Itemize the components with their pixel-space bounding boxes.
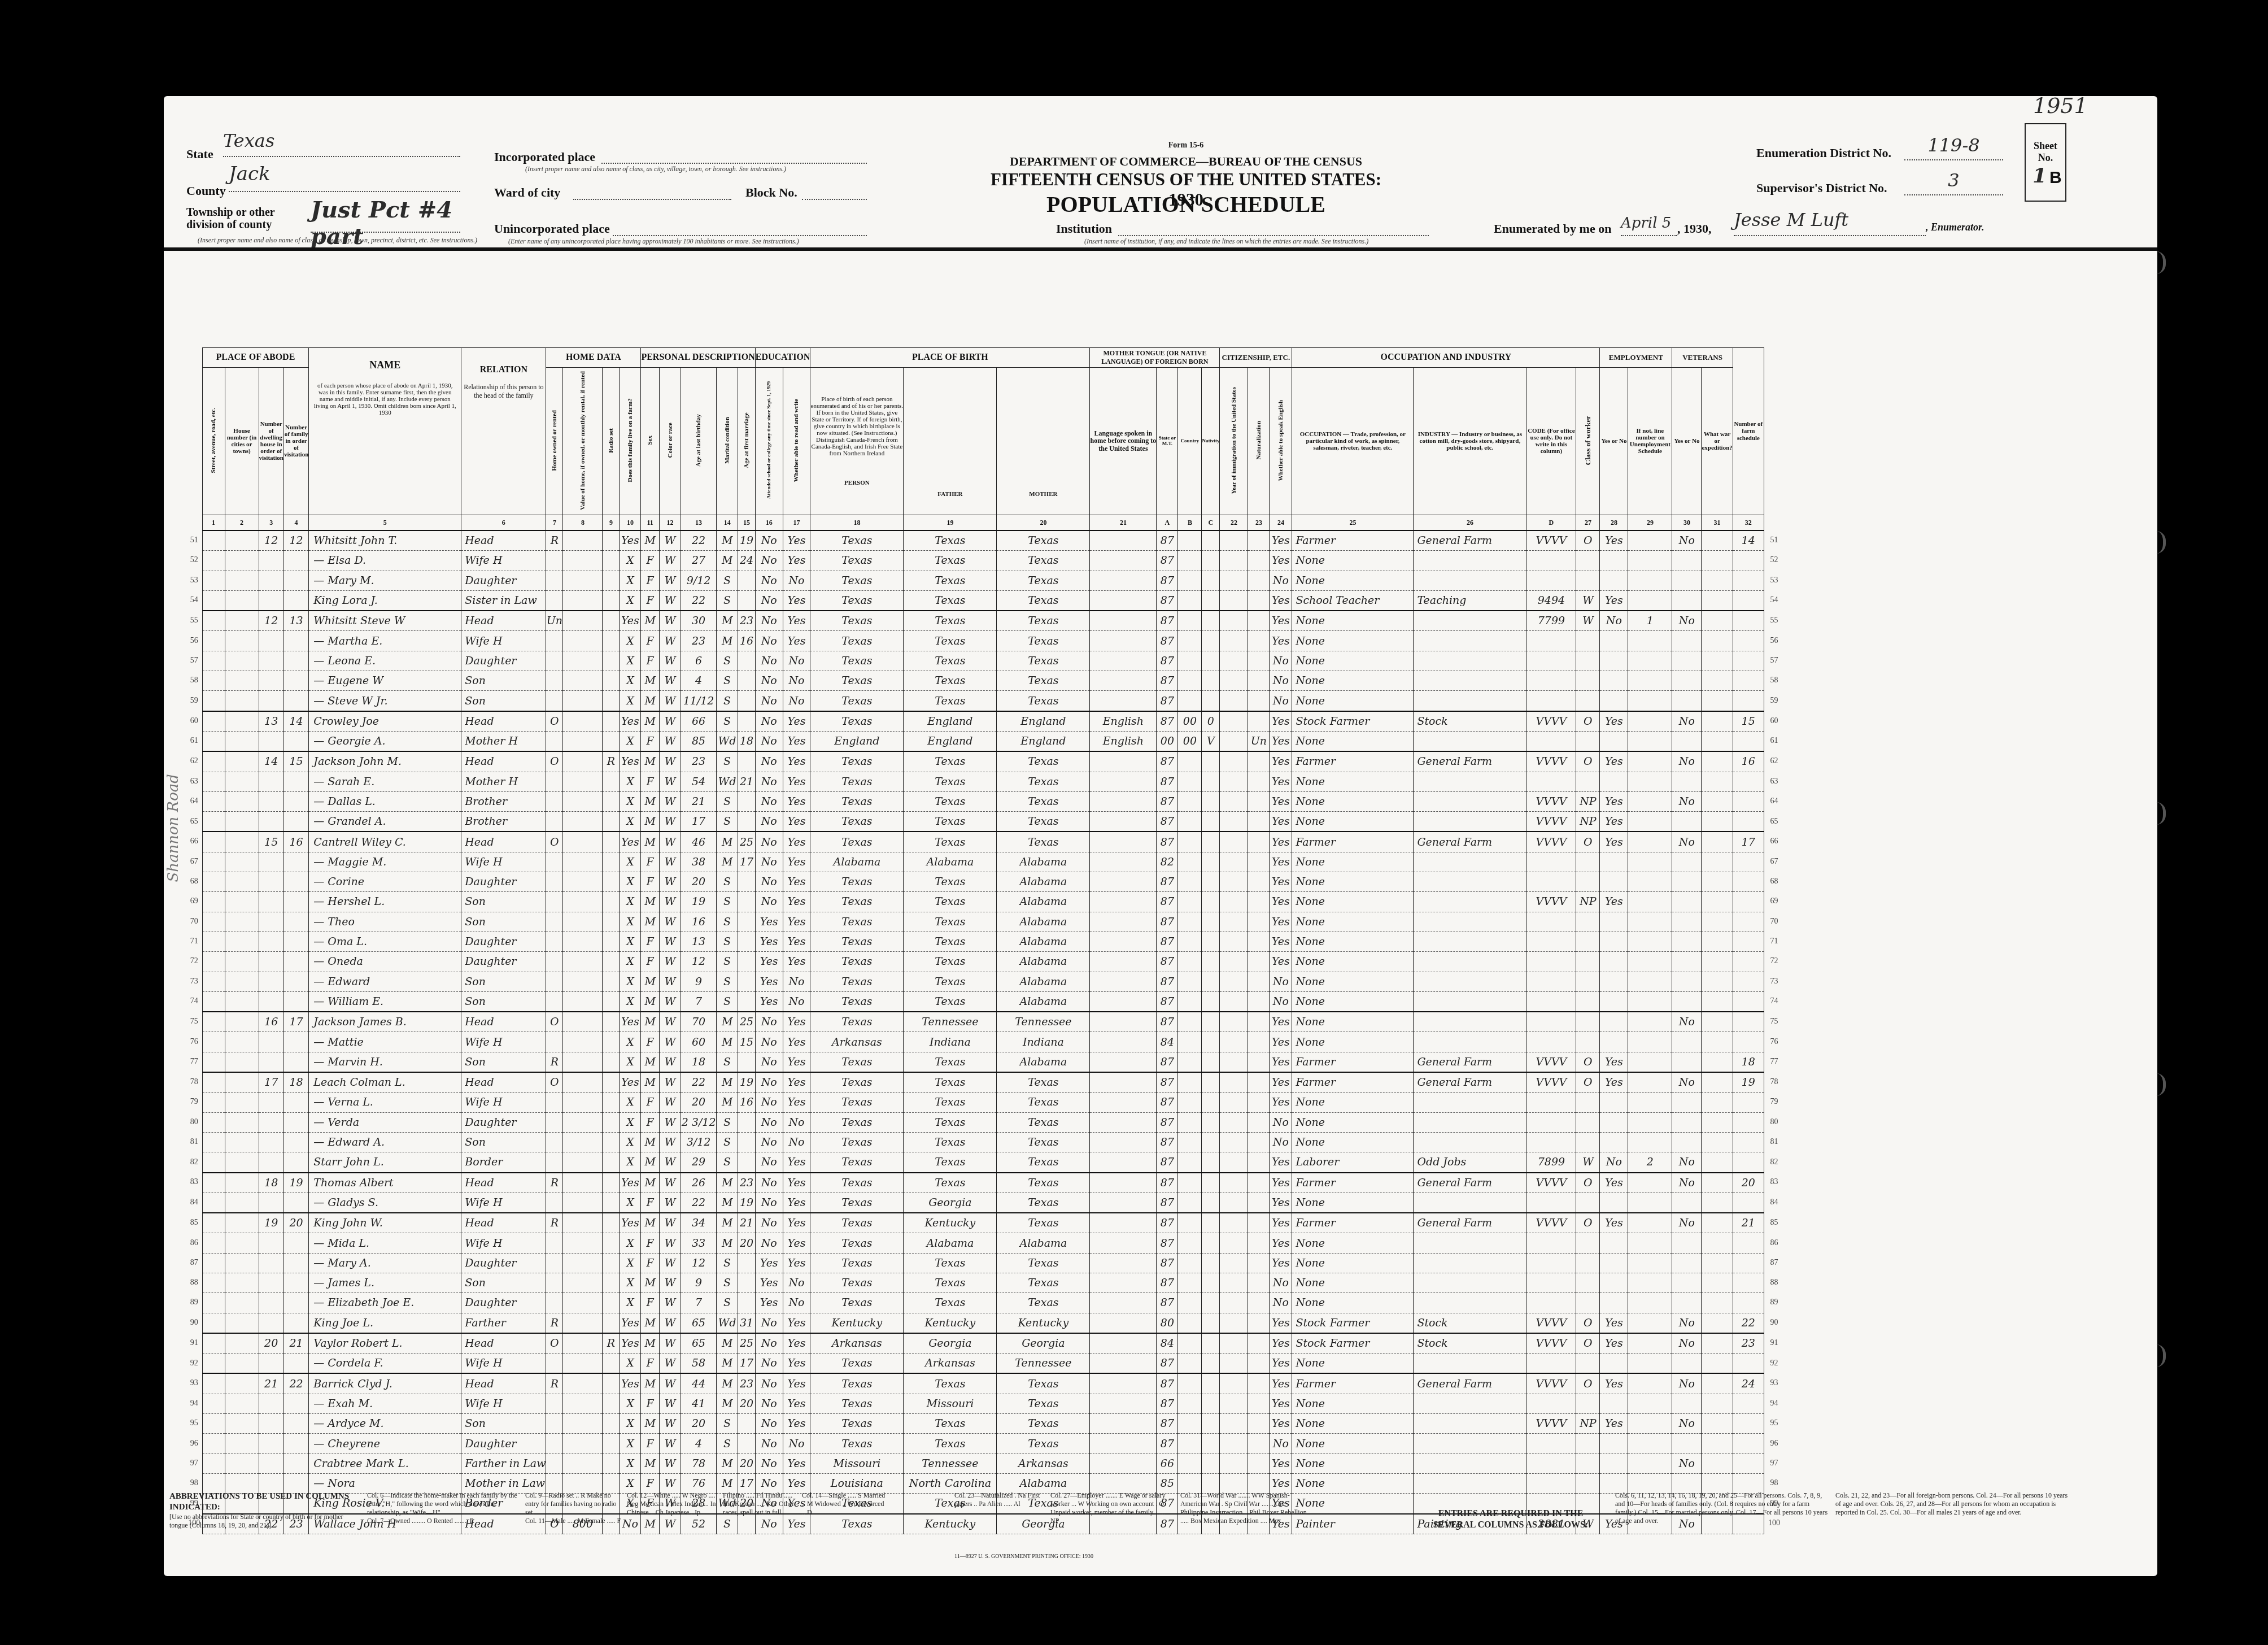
cell-bp: Texas <box>810 631 904 651</box>
cell-house-number <box>225 1012 259 1032</box>
cell-work <box>1600 1273 1628 1292</box>
cell-farm: X <box>620 631 641 651</box>
cell-sex: M <box>641 711 659 732</box>
cell-race: W <box>659 551 681 571</box>
cell-imm <box>1220 1233 1248 1253</box>
cell-cls <box>1576 651 1600 671</box>
cell-fam <box>283 631 308 651</box>
cell-imm <box>1220 571 1248 590</box>
cell-work <box>1600 671 1628 691</box>
cell-war <box>1702 1032 1733 1052</box>
line-number-right: 57 <box>1764 651 1784 671</box>
line-number: 57 <box>186 651 202 671</box>
cell-farm: X <box>620 651 641 671</box>
cell-work: Yes <box>1600 1072 1628 1093</box>
cell-rw: Yes <box>783 1313 810 1333</box>
cell-farm: X <box>620 892 641 912</box>
cell-ind <box>1414 932 1526 951</box>
table-row: 551213Whitsitt Steve WHeadUnYesMW30M23No… <box>186 611 1784 631</box>
cell-d <box>1526 772 1576 791</box>
binder-hole <box>2156 251 2166 274</box>
cell-house-number <box>225 1333 259 1354</box>
cell-farm: Yes <box>620 1373 641 1394</box>
cell-nat <box>1248 932 1270 951</box>
margin-note: Shannon Road <box>165 774 182 882</box>
cell-bp: Texas <box>810 751 904 772</box>
cell-name: Thomas Albert <box>309 1173 461 1193</box>
cell-nat <box>1248 571 1270 590</box>
cell-val <box>563 1213 603 1233</box>
cell-eng: Yes <box>1270 1152 1292 1173</box>
cell-street <box>202 892 225 912</box>
enumerator-name: Jesse M Luft <box>1734 209 1926 236</box>
cell-d <box>1526 991 1576 1012</box>
cell-house-number <box>225 571 259 590</box>
column-number: 10 <box>620 515 641 531</box>
cell-fbp: Texas <box>904 551 997 571</box>
cell-occ: None <box>1292 1112 1414 1132</box>
cell-b <box>1178 1032 1202 1052</box>
cell-mar: M <box>716 1012 738 1032</box>
cell-val <box>563 1293 603 1313</box>
cell-street <box>202 671 225 691</box>
cell-rw: No <box>783 691 810 711</box>
county-value: Jack <box>229 163 460 192</box>
cell-eng: Yes <box>1270 551 1292 571</box>
ed-value: 119-8 <box>1904 134 2003 160</box>
cell-d: 9494 <box>1526 590 1576 611</box>
cell-unemp <box>1628 912 1672 932</box>
line-number-right: 62 <box>1764 751 1784 772</box>
cell-sex: M <box>641 1453 659 1473</box>
cell-unemp <box>1628 852 1672 872</box>
cell-a: 87 <box>1157 1253 1178 1273</box>
line-number: 56 <box>186 631 202 651</box>
department-title: DEPARTMENT OF COMMERCE—BUREAU OF THE CEN… <box>988 154 1384 169</box>
cell-sex: M <box>641 1313 659 1333</box>
cell-nat <box>1248 1293 1270 1313</box>
column-number: 8 <box>563 515 603 531</box>
cell-lang <box>1090 1373 1157 1394</box>
cell-radio <box>603 1052 620 1072</box>
cell-mbp: Texas <box>997 590 1090 611</box>
cell-vet <box>1672 972 1702 991</box>
cell-val <box>563 1273 603 1292</box>
cell-sch: No <box>755 1132 783 1152</box>
cell-d: VVVV <box>1526 832 1576 852</box>
cell-bp: Alabama <box>810 852 904 872</box>
cell-rw: Yes <box>783 1093 810 1112</box>
cell-fbp: Texas <box>904 791 997 811</box>
group-place-of-abode: PLACE OF ABODE <box>202 348 309 368</box>
cell-agem <box>738 892 755 912</box>
line-number-right: 71 <box>1764 932 1784 951</box>
cell-dw: 19 <box>259 1213 283 1233</box>
cell-fs <box>1733 972 1764 991</box>
cell-bp: Texas <box>810 1253 904 1273</box>
cell-nat <box>1248 791 1270 811</box>
cell-age: 41 <box>681 1394 717 1413</box>
cell-dw: 14 <box>259 751 283 772</box>
cell-imm <box>1220 1373 1248 1394</box>
cell-b <box>1178 1233 1202 1253</box>
cell-fs <box>1733 671 1764 691</box>
cell-street <box>202 711 225 732</box>
cell-sch: No <box>755 530 783 551</box>
cell-nat <box>1248 852 1270 872</box>
cell-age: 44 <box>681 1373 717 1394</box>
cell-fbp: Texas <box>904 832 997 852</box>
cell-imm <box>1220 1093 1248 1112</box>
cell-agem <box>738 932 755 951</box>
cell-vet <box>1672 852 1702 872</box>
header-col-17: Whether able to read and write <box>783 368 810 515</box>
header-col-30: Yes or No <box>1672 368 1702 515</box>
cell-sex: M <box>641 832 659 852</box>
cell-dw <box>259 952 283 972</box>
cell-rel: Wife H <box>461 852 546 872</box>
cell-own <box>546 772 563 791</box>
footer-col14: Col. 14—Single ..... S Married .. M Wido… <box>802 1491 887 1517</box>
cell-mbp: Texas <box>997 1213 1090 1233</box>
cell-lang <box>1090 912 1157 932</box>
cell-race: W <box>659 972 681 991</box>
township-label: Township or other division of county <box>186 206 305 231</box>
cell-fbp: Texas <box>904 1132 997 1152</box>
line-number: 91 <box>186 1333 202 1354</box>
cell-house-number <box>225 1193 259 1213</box>
cell-age: 9 <box>681 972 717 991</box>
cell-unemp <box>1628 590 1672 611</box>
cell-mar: M <box>716 1233 738 1253</box>
cell-val <box>563 1333 603 1354</box>
cell-cls: NP <box>1576 1414 1600 1434</box>
cell-occ: None <box>1292 772 1414 791</box>
cell-age: 34 <box>681 1213 717 1233</box>
cell-fs <box>1733 1273 1764 1292</box>
cell-lang <box>1090 530 1157 551</box>
cell-ind <box>1414 1473 1526 1493</box>
institution-hint: (Insert name of institution, if any, and… <box>1084 237 1368 246</box>
cell-fs <box>1733 932 1764 951</box>
cell-war <box>1702 731 1733 751</box>
cell-vet <box>1672 1112 1702 1132</box>
cell-cls <box>1576 1293 1600 1313</box>
cell-a: 87 <box>1157 1273 1178 1292</box>
cell-occ: Stock Farmer <box>1292 1313 1414 1333</box>
cell-work: Yes <box>1600 1213 1628 1233</box>
cell-mar: M <box>716 832 738 852</box>
cell-rel: Son <box>461 691 546 711</box>
cell-age: 20 <box>681 1414 717 1434</box>
cell-sch: No <box>755 1354 783 1374</box>
cell-war <box>1702 1193 1733 1213</box>
cell-vet: No <box>1672 711 1702 732</box>
cell-fbp: Texas <box>904 1293 997 1313</box>
cell-war <box>1702 1313 1733 1333</box>
cell-lang <box>1090 1333 1157 1354</box>
cell-work <box>1600 1032 1628 1052</box>
cell-race: W <box>659 671 681 691</box>
cell-war <box>1702 751 1733 772</box>
cell-vet: No <box>1672 1313 1702 1333</box>
cell-house-number <box>225 611 259 631</box>
cell-agem: 20 <box>738 1394 755 1413</box>
cell-house-number <box>225 711 259 732</box>
cell-unemp <box>1628 812 1672 832</box>
cell-rel: Wife H <box>461 1193 546 1213</box>
footer-col12a: Col. 12—White ..... W Negro .... Neg Mex… <box>627 1491 717 1517</box>
cell-rel: Wife H <box>461 1354 546 1374</box>
cell-a: 00 <box>1157 731 1178 751</box>
cell-ind <box>1414 1112 1526 1132</box>
footer-col27: Col. 27—Employer ....... E Wage or salar… <box>1050 1491 1175 1525</box>
cell-fam <box>283 772 308 791</box>
line-number-right: 79 <box>1764 1093 1784 1112</box>
cell-d: 7799 <box>1526 611 1576 631</box>
cell-street <box>202 1354 225 1374</box>
incorporated-hint: (Insert proper name and also name of cla… <box>525 165 786 173</box>
cell-c <box>1202 1354 1220 1374</box>
cell-agem <box>738 952 755 972</box>
cell-occ: Stock Farmer <box>1292 711 1414 732</box>
cell-sch: No <box>755 1173 783 1193</box>
cell-sex: M <box>641 1373 659 1394</box>
cell-agem <box>738 812 755 832</box>
cell-c <box>1202 590 1220 611</box>
cell-fbp: England <box>904 711 997 732</box>
header-col-10: Does this family live on a farm? <box>620 368 641 515</box>
cell-street <box>202 1052 225 1072</box>
cell-rw: Yes <box>783 1173 810 1193</box>
cell-fam <box>283 892 308 912</box>
cell-dw <box>259 1093 283 1112</box>
cell-occ: Stock Farmer <box>1292 1333 1414 1354</box>
cell-eng: No <box>1270 1132 1292 1152</box>
cell-bp: Texas <box>810 912 904 932</box>
footer-col23: Col. 23—Naturalized . Na First papers ..… <box>954 1491 1045 1508</box>
cell-street <box>202 852 225 872</box>
cell-street <box>202 772 225 791</box>
cell-cls: O <box>1576 1173 1600 1193</box>
cell-a: 87 <box>1157 1152 1178 1173</box>
cell-unemp <box>1628 1273 1672 1292</box>
cell-race: W <box>659 1072 681 1093</box>
census-table: PLACE OF ABODE NAME of each person whose… <box>186 347 1784 1534</box>
header-col-4: Number of family in order of visitation <box>283 368 308 515</box>
line-number-right: 55 <box>1764 611 1784 631</box>
cell-c <box>1202 671 1220 691</box>
cell-house-number <box>225 991 259 1012</box>
cell-d: VVVV <box>1526 812 1576 832</box>
cell-c <box>1202 551 1220 571</box>
cell-mbp: Texas <box>997 1112 1090 1132</box>
column-number: B <box>1178 515 1202 531</box>
cell-agem: 25 <box>738 1012 755 1032</box>
line-number-right: 65 <box>1764 812 1784 832</box>
cell-occ: None <box>1292 1453 1414 1473</box>
cell-bp: Texas <box>810 651 904 671</box>
cell-agem <box>738 751 755 772</box>
header-col-2: House number (in cities or towns) <box>225 368 259 515</box>
cell-b <box>1178 1052 1202 1072</box>
cell-sex: F <box>641 772 659 791</box>
cell-name: — Verda <box>309 1112 461 1132</box>
cell-nat <box>1248 1152 1270 1173</box>
table-row: 751617Jackson James B.HeadOYesMW70M25NoY… <box>186 1012 1784 1032</box>
cell-farm: X <box>620 1453 641 1473</box>
cell-mbp: Texas <box>997 551 1090 571</box>
cell-mbp: Texas <box>997 571 1090 590</box>
line-number: 70 <box>186 912 202 932</box>
cell-unemp <box>1628 1373 1672 1394</box>
table-row: 82Starr John L.BorderXMW29SNoYesTexasTex… <box>186 1152 1784 1173</box>
cell-agem: 31 <box>738 1313 755 1333</box>
cell-work <box>1600 1473 1628 1493</box>
cell-farm: X <box>620 1394 641 1413</box>
cell-fam: 16 <box>283 832 308 852</box>
cell-rel: Head <box>461 711 546 732</box>
cell-occ: None <box>1292 611 1414 631</box>
cell-nat <box>1248 1233 1270 1253</box>
cell-name: — Edward A. <box>309 1132 461 1152</box>
cell-c <box>1202 691 1220 711</box>
cell-mbp: Texas <box>997 1293 1090 1313</box>
cell-eng: Yes <box>1270 1414 1292 1434</box>
cell-war <box>1702 1152 1733 1173</box>
cell-street <box>202 952 225 972</box>
cell-eng: Yes <box>1270 1072 1292 1093</box>
cell-fam <box>283 1414 308 1434</box>
cell-fbp: Texas <box>904 932 997 951</box>
cell-rel: Wife H <box>461 1032 546 1052</box>
cell-work: Yes <box>1600 791 1628 811</box>
cell-dw <box>259 691 283 711</box>
cell-fbp: Texas <box>904 1112 997 1132</box>
cell-fam: 15 <box>283 751 308 772</box>
cell-own: Un <box>546 611 563 631</box>
cell-street <box>202 812 225 832</box>
line-number-right: 66 <box>1764 832 1784 852</box>
cell-own <box>546 1414 563 1434</box>
cell-cls <box>1576 691 1600 711</box>
cell-lang <box>1090 1313 1157 1333</box>
sheet-value: 1 <box>2033 164 2047 188</box>
cell-vet: No <box>1672 1373 1702 1394</box>
cell-farm: Yes <box>620 530 641 551</box>
census-sheet: State Texas County Jack Township or othe… <box>164 96 2157 1576</box>
cell-fs <box>1733 731 1764 751</box>
cell-b <box>1178 1414 1202 1434</box>
table-row: 65— Grandel A.BrotherXMW17SNoYesTexasTex… <box>186 812 1784 832</box>
cell-d <box>1526 1233 1576 1253</box>
cell-sch: No <box>755 611 783 631</box>
cell-sex: F <box>641 590 659 611</box>
cell-dw <box>259 1052 283 1072</box>
cell-d <box>1526 691 1576 711</box>
cell-sex: M <box>641 1012 659 1032</box>
cell-cls <box>1576 1233 1600 1253</box>
cell-sex: M <box>641 1273 659 1292</box>
cell-rel: Daughter <box>461 571 546 590</box>
header-col-27: Class of worker <box>1576 368 1600 515</box>
cell-unemp <box>1628 571 1672 590</box>
cell-rw: Yes <box>783 1253 810 1273</box>
cell-d: VVVV <box>1526 1313 1576 1333</box>
header-col-20: MOTHER <box>997 368 1090 515</box>
cell-sex: M <box>641 991 659 1012</box>
cell-val <box>563 671 603 691</box>
cell-sch: Yes <box>755 991 783 1012</box>
cell-a: 87 <box>1157 611 1178 631</box>
cell-mbp: Texas <box>997 1173 1090 1193</box>
cell-race: W <box>659 1052 681 1072</box>
cell-mbp: Tennessee <box>997 1012 1090 1032</box>
cell-b <box>1178 1213 1202 1233</box>
cell-radio <box>603 1112 620 1132</box>
cell-own <box>546 1354 563 1374</box>
cell-fam: 12 <box>283 530 308 551</box>
cell-age: 65 <box>681 1333 717 1354</box>
cell-street <box>202 1012 225 1032</box>
cell-own: O <box>546 1072 563 1093</box>
line-number: 76 <box>186 1032 202 1052</box>
cell-vet <box>1672 671 1702 691</box>
cell-a: 82 <box>1157 852 1178 872</box>
cell-cls <box>1576 1394 1600 1413</box>
line-number: 78 <box>186 1072 202 1093</box>
cell-rel: Border <box>461 1152 546 1173</box>
cell-nat <box>1248 691 1270 711</box>
cell-agem <box>738 1273 755 1292</box>
cell-sch: No <box>755 1112 783 1132</box>
line-number-right: 61 <box>1764 731 1784 751</box>
cell-race: W <box>659 1373 681 1394</box>
cell-house-number <box>225 912 259 932</box>
cell-cls <box>1576 571 1600 590</box>
cell-name: — Leona E. <box>309 651 461 671</box>
cell-own <box>546 1233 563 1253</box>
cell-sex: F <box>641 651 659 671</box>
line-number: 68 <box>186 872 202 892</box>
cell-sex: F <box>641 1112 659 1132</box>
cell-val <box>563 751 603 772</box>
line-number-right: 53 <box>1764 571 1784 590</box>
cell-c <box>1202 1373 1220 1394</box>
cell-occ: None <box>1292 1193 1414 1213</box>
cell-vet <box>1672 631 1702 651</box>
line-number-right: 97 <box>1764 1453 1784 1473</box>
cell-mbp: Texas <box>997 1093 1090 1112</box>
cell-mar: M <box>716 1072 738 1093</box>
cell-fs <box>1733 631 1764 651</box>
line-number-right: 82 <box>1764 1152 1784 1173</box>
column-number: 5 <box>309 515 461 531</box>
cell-mar: M <box>716 1032 738 1052</box>
column-number: 6 <box>461 515 546 531</box>
cell-race: W <box>659 812 681 832</box>
line-number: 96 <box>186 1434 202 1453</box>
cell-rw: Yes <box>783 590 810 611</box>
cell-b <box>1178 1253 1202 1273</box>
line-number: 84 <box>186 1193 202 1213</box>
cell-war <box>1702 1213 1733 1233</box>
cell-dw <box>259 1273 283 1292</box>
cell-bp: Texas <box>810 772 904 791</box>
cell-fam <box>283 1273 308 1292</box>
cell-rw: Yes <box>783 932 810 951</box>
cell-eng: Yes <box>1270 832 1292 852</box>
